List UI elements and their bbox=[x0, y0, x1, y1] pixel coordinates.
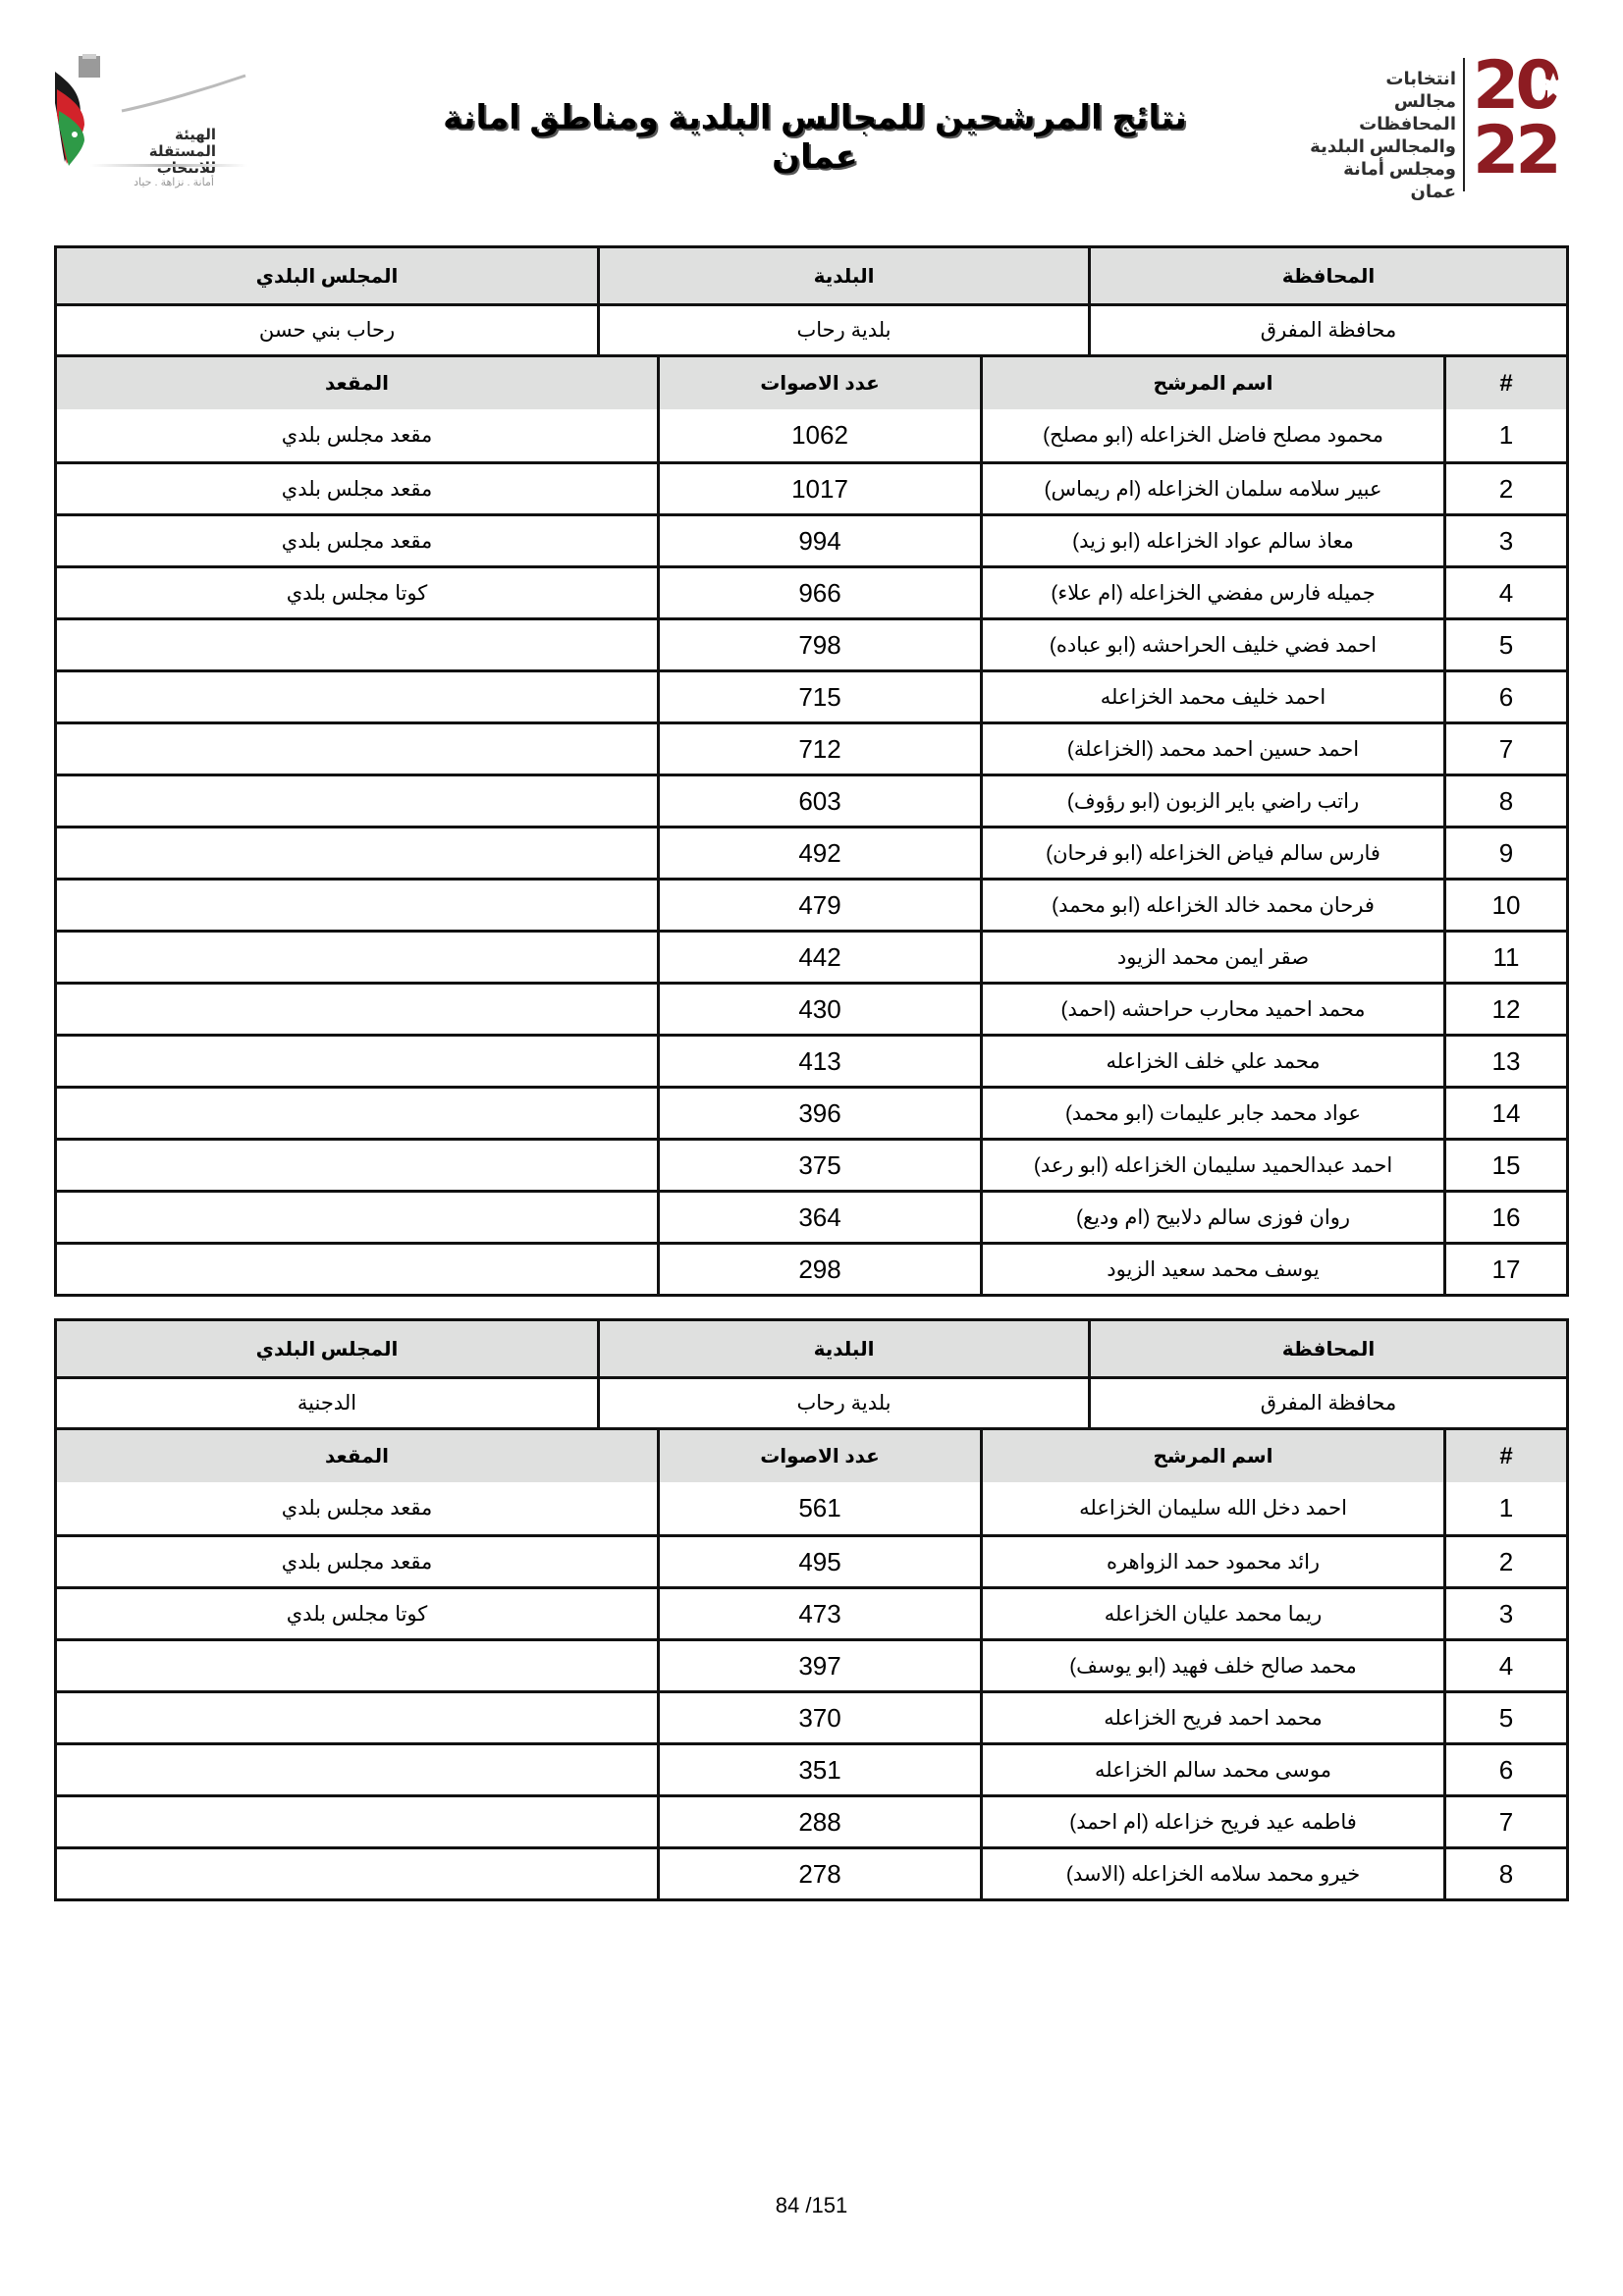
municipality-value: بلدية رحاب bbox=[597, 1379, 1088, 1427]
table-row: 2عبير سلامه سلمان الخزاعله (ام ريماس)101… bbox=[57, 461, 1566, 513]
table-row: 3معاذ سالم عواد الخزاعله (ابو زيد)994مقع… bbox=[57, 513, 1566, 565]
candidate-index: 7 bbox=[1443, 724, 1566, 774]
candidate-index: 9 bbox=[1443, 828, 1566, 878]
column-header-row: # اسم المرشح عدد الاصوات المقعد bbox=[57, 1427, 1566, 1482]
governorate-value: محافظة المفرق bbox=[1088, 1379, 1566, 1427]
candidate-index: 6 bbox=[1443, 672, 1566, 721]
candidate-name: يوسف محمد سعيد الزيود bbox=[980, 1245, 1443, 1294]
candidate-seat bbox=[57, 672, 657, 721]
iec-logo: الهيئة المستقلة للانتخاب أمانة . نزاهة .… bbox=[51, 54, 247, 191]
iec-slogan: أمانة . نزاهة . حياد bbox=[100, 176, 247, 188]
table-row: 9فارس سالم فياض الخزاعله (ابو فرحان)492 bbox=[57, 826, 1566, 878]
elections-line-2: مجالس المحافظات bbox=[1301, 90, 1456, 135]
candidate-index: 8 bbox=[1443, 1849, 1566, 1898]
table-row: 14عواد محمد جابر عليمات (ابو محمد)396 bbox=[57, 1086, 1566, 1138]
candidate-seat: كوتا مجلس بلدي bbox=[57, 568, 657, 617]
elections-line-1: انتخابات bbox=[1301, 68, 1456, 90]
candidate-seat: مقعد مجلس بلدي bbox=[57, 409, 657, 461]
candidate-votes: 413 bbox=[657, 1037, 980, 1086]
candidate-index: 12 bbox=[1443, 985, 1566, 1034]
candidate-votes: 1062 bbox=[657, 409, 980, 461]
candidate-name: موسى محمد سالم الخزاعله bbox=[980, 1745, 1443, 1794]
candidate-votes: 375 bbox=[657, 1141, 980, 1190]
table-row: 16روان فوزى سالم دلابيح (ام وديع)364 bbox=[57, 1190, 1566, 1242]
candidate-votes: 712 bbox=[657, 724, 980, 774]
column-header-row: # اسم المرشح عدد الاصوات المقعد bbox=[57, 354, 1566, 409]
candidate-index: 10 bbox=[1443, 881, 1566, 930]
table-row: 17يوسف محمد سعيد الزيود298 bbox=[57, 1242, 1566, 1294]
municipality-header: البلدية bbox=[597, 1321, 1088, 1376]
candidate-index: 1 bbox=[1443, 1482, 1566, 1534]
logo-divider bbox=[1463, 58, 1465, 191]
candidate-index: 15 bbox=[1443, 1141, 1566, 1190]
candidate-index: 2 bbox=[1443, 1537, 1566, 1586]
table-row: 1احمد دخل الله سليمان الخزاعله561مقعد مج… bbox=[57, 1482, 1566, 1534]
table-row: 2رائد محمود حمد الزواهره495مقعد مجلس بلد… bbox=[57, 1534, 1566, 1586]
council-header: المجلس البلدي bbox=[57, 248, 597, 303]
candidate-votes: 495 bbox=[657, 1537, 980, 1586]
location-header-row: المحافظة البلدية المجلس البلدي bbox=[57, 1321, 1566, 1376]
candidate-index: 2 bbox=[1443, 464, 1566, 513]
table-body: 1احمد دخل الله سليمان الخزاعله561مقعد مج… bbox=[57, 1482, 1566, 1898]
page-title: نتائج المرشحين للمجالس البلدية ومناطق ام… bbox=[432, 98, 1198, 177]
candidate-votes: 603 bbox=[657, 776, 980, 826]
table-row: 13محمد علي خلف الخزاعله413 bbox=[57, 1034, 1566, 1086]
candidate-votes: 364 bbox=[657, 1193, 980, 1242]
candidate-seat: كوتا مجلس بلدي bbox=[57, 1589, 657, 1638]
candidate-seat bbox=[57, 881, 657, 930]
candidate-seat: مقعد مجلس بلدي bbox=[57, 1537, 657, 1586]
candidate-seat bbox=[57, 1849, 657, 1898]
table-row: 1محمود مصلح فاضل الخزاعله (ابو مصلح)1062… bbox=[57, 409, 1566, 461]
table-row: 10فرحان محمد خالد الخزاعله (ابو محمد)479 bbox=[57, 878, 1566, 930]
table-row: 4محمد صالح خلف فهيد (ابو يوسف)397 bbox=[57, 1638, 1566, 1690]
candidate-seat bbox=[57, 1641, 657, 1690]
candidate-index: 13 bbox=[1443, 1037, 1566, 1086]
table-row: 15احمد عبدالحميد سليمان الخزاعله (ابو رع… bbox=[57, 1138, 1566, 1190]
candidate-votes: 479 bbox=[657, 881, 980, 930]
candidate-votes: 397 bbox=[657, 1641, 980, 1690]
candidate-votes: 492 bbox=[657, 828, 980, 878]
candidate-seat bbox=[57, 776, 657, 826]
location-value-row: محافظة المفرق بلدية رحاب رحاب بني حسن bbox=[57, 303, 1566, 354]
page-number: 84 /151 bbox=[0, 2193, 1623, 2218]
candidate-votes: 278 bbox=[657, 1849, 980, 1898]
candidate-votes: 966 bbox=[657, 568, 980, 617]
candidate-name: فارس سالم فياض الخزاعله (ابو فرحان) bbox=[980, 828, 1443, 878]
candidate-name: احمد فضي خليف الحراحشه (ابو عباده) bbox=[980, 620, 1443, 669]
candidate-name: روان فوزى سالم دلابيح (ام وديع) bbox=[980, 1193, 1443, 1242]
iec-jordan-flag-ballot-icon bbox=[51, 54, 130, 167]
table-row: 3ريما محمد عليان الخزاعله473كوتا مجلس بل… bbox=[57, 1586, 1566, 1638]
candidate-seat bbox=[57, 985, 657, 1034]
candidate-name: احمد دخل الله سليمان الخزاعله bbox=[980, 1482, 1443, 1534]
candidate-index: 7 bbox=[1443, 1797, 1566, 1846]
candidate-votes: 298 bbox=[657, 1245, 980, 1294]
candidate-index: 17 bbox=[1443, 1245, 1566, 1294]
logo-divider bbox=[90, 164, 247, 167]
table-row: 8خيرو محمد سلامه الخزاعله (الاسد)278 bbox=[57, 1846, 1566, 1898]
candidate-seat bbox=[57, 1193, 657, 1242]
candidate-seat bbox=[57, 1141, 657, 1190]
candidate-votes: 288 bbox=[657, 1797, 980, 1846]
iec-name-line2: للانتخاب bbox=[128, 160, 216, 177]
candidate-name: جميله فارس مفضي الخزاعله (ام علاء) bbox=[980, 568, 1443, 617]
candidate-name: محمد احمد فريح الخزاعله bbox=[980, 1693, 1443, 1742]
candidate-name: معاذ سالم عواد الخزاعله (ابو زيد) bbox=[980, 516, 1443, 565]
candidate-name: خيرو محمد سلامه الخزاعله (الاسد) bbox=[980, 1849, 1443, 1898]
seat-column-header: المقعد bbox=[57, 357, 657, 409]
candidate-index: 5 bbox=[1443, 620, 1566, 669]
elections-line-4: ومجلس أمانة عمان bbox=[1301, 158, 1456, 203]
governorate-value: محافظة المفرق bbox=[1088, 306, 1566, 354]
iec-name-line1: الهيئة المستقلة bbox=[128, 127, 216, 160]
municipality-value: بلدية رحاب bbox=[597, 306, 1088, 354]
index-column-header: # bbox=[1443, 1430, 1566, 1482]
candidate-name: محمد احميد محارب حراحشه (احمد) bbox=[980, 985, 1443, 1034]
candidate-name: صقر ايمن محمد الزيود bbox=[980, 933, 1443, 982]
votes-column-header: عدد الاصوات bbox=[657, 357, 980, 409]
candidate-index: 4 bbox=[1443, 568, 1566, 617]
candidate-index: 14 bbox=[1443, 1089, 1566, 1138]
candidate-seat bbox=[57, 933, 657, 982]
candidate-index: 6 bbox=[1443, 1745, 1566, 1794]
candidate-name: راتب راضي باير الزبون (ابو رؤوف) bbox=[980, 776, 1443, 826]
candidate-seat bbox=[57, 1797, 657, 1846]
candidate-votes: 370 bbox=[657, 1693, 980, 1742]
candidate-seat bbox=[57, 1245, 657, 1294]
candidate-index: 3 bbox=[1443, 1589, 1566, 1638]
candidate-name: احمد خليف محمد الخزاعله bbox=[980, 672, 1443, 721]
candidate-seat: مقعد مجلس بلدي bbox=[57, 516, 657, 565]
candidate-seat bbox=[57, 620, 657, 669]
results-table-1: المحافظة البلدية المجلس البلدي محافظة ال… bbox=[54, 245, 1569, 1297]
candidate-votes: 1017 bbox=[657, 464, 980, 513]
candidate-votes: 396 bbox=[657, 1089, 980, 1138]
table-row: 12محمد احميد محارب حراحشه (احمد)430 bbox=[57, 982, 1566, 1034]
candidate-votes: 715 bbox=[657, 672, 980, 721]
council-value: الدجنية bbox=[57, 1379, 597, 1427]
candidate-votes: 473 bbox=[657, 1589, 980, 1638]
swoosh-icon bbox=[120, 74, 247, 113]
candidate-seat bbox=[57, 828, 657, 878]
table-row: 11صقر ايمن محمد الزيود442 bbox=[57, 930, 1566, 982]
candidate-name: محمود مصلح فاضل الخزاعله (ابو مصلح) bbox=[980, 409, 1443, 461]
table-row: 6احمد خليف محمد الخزاعله715 bbox=[57, 669, 1566, 721]
candidate-seat bbox=[57, 1037, 657, 1086]
table-row: 4جميله فارس مفضي الخزاعله (ام علاء)966كو… bbox=[57, 565, 1566, 617]
candidate-index: 1 bbox=[1443, 409, 1566, 461]
name-column-header: اسم المرشح bbox=[980, 1430, 1443, 1482]
council-value: رحاب بني حسن bbox=[57, 306, 597, 354]
index-column-header: # bbox=[1443, 357, 1566, 409]
table-row: 7احمد حسين احمد محمد (الخزاعلة)712 bbox=[57, 721, 1566, 774]
candidate-name: ريما محمد عليان الخزاعله bbox=[980, 1589, 1443, 1638]
candidate-seat bbox=[57, 1693, 657, 1742]
table-row: 7فاطمه عيد فريح خزاعله (ام احمد)288 bbox=[57, 1794, 1566, 1846]
candidate-votes: 798 bbox=[657, 620, 980, 669]
elections-logo-text: انتخابات مجالس المحافظات والمجالس البلدي… bbox=[1301, 68, 1456, 203]
elections-2022-logo: انتخابات مجالس المحافظات والمجالس البلدي… bbox=[1301, 54, 1586, 196]
elections-line-3: والمجالس البلدية bbox=[1301, 135, 1456, 158]
candidate-seat bbox=[57, 1745, 657, 1794]
candidate-votes: 351 bbox=[657, 1745, 980, 1794]
candidate-name: احمد حسين احمد محمد (الخزاعلة) bbox=[980, 724, 1443, 774]
council-header: المجلس البلدي bbox=[57, 1321, 597, 1376]
candidate-index: 5 bbox=[1443, 1693, 1566, 1742]
governorate-header: المحافظة bbox=[1088, 248, 1566, 303]
candidate-votes: 994 bbox=[657, 516, 980, 565]
governorate-header: المحافظة bbox=[1088, 1321, 1566, 1376]
candidate-index: 11 bbox=[1443, 933, 1566, 982]
candidate-seat bbox=[57, 724, 657, 774]
location-header-row: المحافظة البلدية المجلس البلدي bbox=[57, 248, 1566, 303]
candidate-name: فاطمه عيد فريح خزاعله (ام احمد) bbox=[980, 1797, 1443, 1846]
votes-column-header: عدد الاصوات bbox=[657, 1430, 980, 1482]
table-body: 1محمود مصلح فاضل الخزاعله (ابو مصلح)1062… bbox=[57, 409, 1566, 1294]
candidate-name: عبير سلامه سلمان الخزاعله (ام ريماس) bbox=[980, 464, 1443, 513]
candidate-name: عواد محمد جابر عليمات (ابو محمد) bbox=[980, 1089, 1443, 1138]
results-table-2: المحافظة البلدية المجلس البلدي محافظة ال… bbox=[54, 1318, 1569, 1901]
table-row: 8راتب راضي باير الزبون (ابو رؤوف)603 bbox=[57, 774, 1566, 826]
candidate-seat: مقعد مجلس بلدي bbox=[57, 464, 657, 513]
table-row: 6موسى محمد سالم الخزاعله351 bbox=[57, 1742, 1566, 1794]
candidate-index: 8 bbox=[1443, 776, 1566, 826]
candidate-name: فرحان محمد خالد الخزاعله (ابو محمد) bbox=[980, 881, 1443, 930]
table-row: 5احمد فضي خليف الحراحشه (ابو عباده)798 bbox=[57, 617, 1566, 669]
candidate-votes: 430 bbox=[657, 985, 980, 1034]
candidate-index: 4 bbox=[1443, 1641, 1566, 1690]
candidate-name: رائد محمود حمد الزواهره bbox=[980, 1537, 1443, 1586]
candidate-index: 3 bbox=[1443, 516, 1566, 565]
location-value-row: محافظة المفرق بلدية رحاب الدجنية bbox=[57, 1376, 1566, 1427]
candidate-name: احمد عبدالحميد سليمان الخزاعله (ابو رعد) bbox=[980, 1141, 1443, 1190]
candidate-index: 16 bbox=[1443, 1193, 1566, 1242]
seat-column-header: المقعد bbox=[57, 1430, 657, 1482]
candidate-votes: 442 bbox=[657, 933, 980, 982]
candidate-votes: 561 bbox=[657, 1482, 980, 1534]
candidate-name: محمد صالح خلف فهيد (ابو يوسف) bbox=[980, 1641, 1443, 1690]
table-row: 5محمد احمد فريح الخزاعله370 bbox=[57, 1690, 1566, 1742]
year-bottom: 22 bbox=[1473, 119, 1581, 184]
candidate-name: محمد علي خلف الخزاعله bbox=[980, 1037, 1443, 1086]
municipality-header: البلدية bbox=[597, 248, 1088, 303]
jordan-star-icon bbox=[1537, 70, 1570, 103]
iec-name: الهيئة المستقلة للانتخاب bbox=[128, 127, 216, 177]
candidate-seat bbox=[57, 1089, 657, 1138]
name-column-header: اسم المرشح bbox=[980, 357, 1443, 409]
candidate-seat: مقعد مجلس بلدي bbox=[57, 1482, 657, 1534]
